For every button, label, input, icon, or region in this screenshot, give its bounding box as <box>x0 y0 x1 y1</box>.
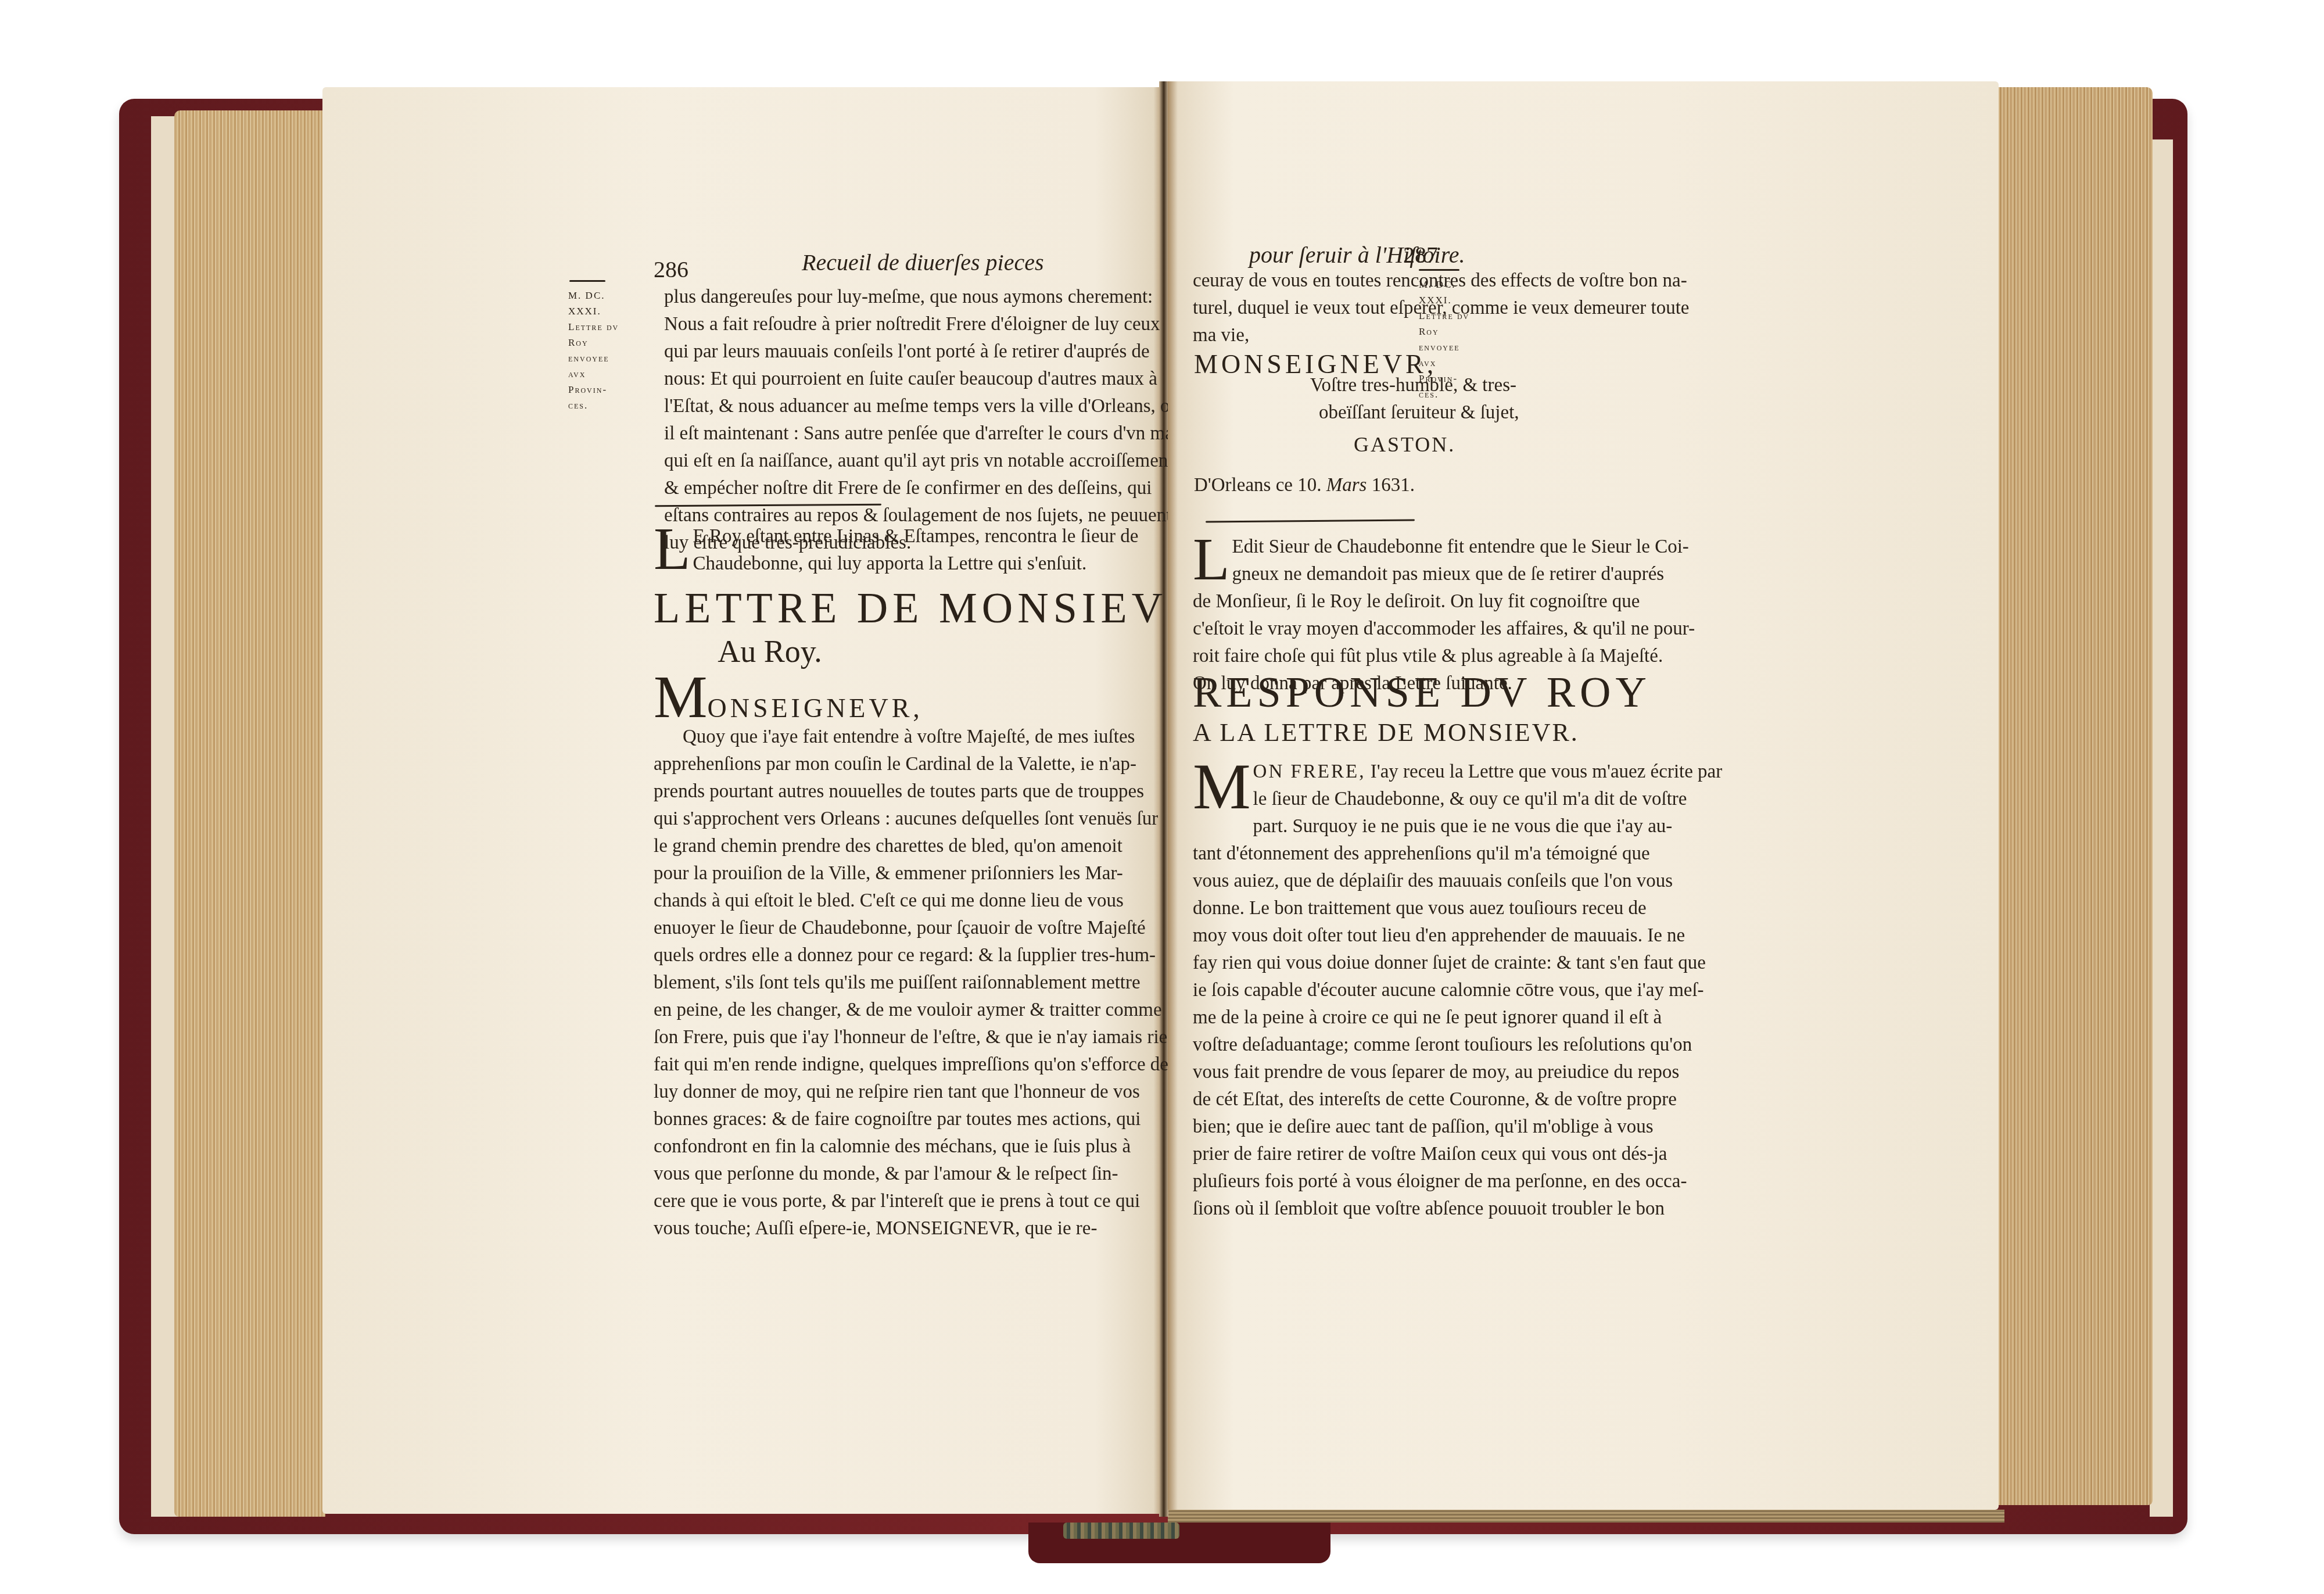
text-line: vous auiez, que de déplaiſir des mauuais… <box>1193 868 1414 895</box>
letter-body: Quoy que i'aye fait entendre à voſtre Ma… <box>654 723 886 1242</box>
letter-salutation: MONSEIGNEVR, <box>654 662 923 732</box>
intro-paragraph: L E Roy eſtant entre Linas & Eſtampes, r… <box>654 523 886 578</box>
margin-rule-left <box>569 280 605 282</box>
text-line: c'eſtoit le vray moyen d'accommoder les … <box>1193 615 1414 643</box>
text-line: ie ſois capable d'écouter aucune calomni… <box>1193 977 1414 1004</box>
text-line: de cét Eſtat, des intereſts de cette Cou… <box>1193 1086 1414 1113</box>
text-line: vous que perſonne du monde, & par l'amou… <box>654 1160 886 1188</box>
gutter <box>1159 81 1168 1517</box>
text-line: plus dangereuſes pour luy-meſme, que nou… <box>664 284 894 311</box>
response-body: M ON FRERE, I'ay receu la Lettre que vou… <box>1193 758 1414 1223</box>
letter-title: LETTRE DE MONSIEVR <box>654 584 886 633</box>
text-line: vous fait prendre de vous ſeparer de moy… <box>1193 1059 1414 1086</box>
response-subtitle: A LA LETTRE DE MONSIEVR. <box>1193 718 1414 747</box>
fore-edge-left <box>174 110 325 1517</box>
text-line: blement, s'ils ſont tels qu'ils me puiſſ… <box>654 969 886 997</box>
response-title: RESPONSE DV ROY <box>1193 668 1414 718</box>
text-line: moy vous doit oſter tout lieu d'en appre… <box>1193 922 1414 950</box>
text-line: en peine, de les changer, & de me vouloi… <box>654 997 886 1024</box>
salutation-initial: M <box>654 664 707 730</box>
signature: GASTON. <box>1354 431 1455 459</box>
text-line: ceuray de vous en toutes rencontres des … <box>1193 267 1414 295</box>
headband <box>1063 1523 1179 1539</box>
drop-cap: M <box>1193 760 1251 814</box>
text-line: tant d'étonnement des apprehenſions qu'i… <box>1193 840 1414 868</box>
text-line: & empécher noſtre dit Frere de ſe confir… <box>664 475 894 502</box>
text-line: chands à qui eſtoit le bled. C'eſt ce qu… <box>654 887 886 915</box>
text-line: il eſt maintenant : Sans autre penſée qu… <box>664 420 894 447</box>
fore-edge-right <box>1996 87 2153 1505</box>
text-line: enuoyer le ſieur de Chaudebonne, pour ſç… <box>654 915 886 942</box>
text-line: ſon Frere, puis que i'ay l'honneur de l'… <box>654 1024 886 1051</box>
text-line: de Monſieur, ſi le Roy le deſiroit. On l… <box>1193 588 1414 615</box>
text-line: qui s'approchent vers Orleans : aucunes … <box>654 805 886 833</box>
text-line: prends pourtant autres nouuelles de tout… <box>654 778 886 805</box>
text-line: cere que ie vous porte, & par l'intereſt… <box>654 1188 886 1215</box>
text-line: voſtre deſaduantage; comme ſeront touſio… <box>1193 1031 1414 1059</box>
drop-cap: L <box>654 524 691 574</box>
text-line: qui eſt en ſa naiſſance, auant qu'il ayt… <box>664 447 894 475</box>
text-line: pour la prouiſion de la Ville, & emmener… <box>654 860 886 887</box>
right-continuation-text: ceuray de vous en toutes rencontres des … <box>1193 267 1414 349</box>
text-line: me de la peine à croire ce qui ne ſe peu… <box>1193 1004 1414 1031</box>
text-line: pluſieurs fois porté à vous éloigner de … <box>1193 1168 1414 1195</box>
text-line: fait qui m'en rende indigne, quelques im… <box>654 1051 886 1079</box>
text-line: roit faire choſe qui fût plus vtile & pl… <box>1193 643 1414 670</box>
text-line: turel, duquel ie veux tout eſperer, comm… <box>1193 295 1414 322</box>
text-line: vous touche; Auſſi eſpere-ie, MONSEIGNEV… <box>654 1215 886 1242</box>
text-line: apprehenſions par mon couſin le Cardinal… <box>654 751 886 778</box>
endpaper-right <box>2150 139 2173 1517</box>
text-line: bien; que ie deſire auec tant de paſſion… <box>1193 1113 1414 1141</box>
text-line: donne. Le bon traittement que vous auez … <box>1193 895 1414 922</box>
text-line: qui par leurs mauuais conſeils l'ont por… <box>664 338 894 366</box>
left-continuation-text: plus dangereuſes pour luy-meſme, que nou… <box>664 284 894 557</box>
page-block-bottom-edge <box>1168 1510 2004 1523</box>
text-line: quels ordres elle a donnez pour ce regar… <box>654 942 886 969</box>
text-line: l'Eſtat, & nous aduancer au meſme temps … <box>664 393 894 420</box>
running-head-left: Recueil de diuerſes pieces <box>802 249 1043 276</box>
drop-cap: L <box>1193 535 1230 585</box>
dateline: D'Orleans ce 10. Mars 1631. <box>1194 472 1415 499</box>
margin-note-left: M. DC. XXXI. Lettre dv Roy envoyee avx P… <box>568 288 621 413</box>
text-line: ſions où il ſembloit que voſtre abſence … <box>1193 1195 1414 1223</box>
text-line: prier de faire retirer de voſtre Maiſon … <box>1193 1141 1414 1168</box>
response-opening: ON FRERE, <box>1253 761 1366 782</box>
text-line: le grand chemin prendre des charettes de… <box>654 833 886 860</box>
page-number-left: 286 <box>654 256 688 283</box>
text-line: fay rien qui vous doiue donner ſujet de … <box>1193 950 1414 977</box>
text-line: luy donner de moy, qui ne reſpire rien t… <box>654 1079 886 1106</box>
text-line: confondront en fin la calomnie des mécha… <box>654 1133 886 1160</box>
text-line: Nous a fait reſoudre à prier noſtredit F… <box>664 311 894 338</box>
text-line: ma vie, <box>1193 322 1414 349</box>
text-line: nous: Et qui pourroient en ſuite cauſer … <box>664 366 894 393</box>
text-line: Quoy que i'aye fait entendre à voſtre Ma… <box>654 723 886 751</box>
page-number-right: 287 <box>1403 241 1438 268</box>
salutation-text: ONSEIGNEVR, <box>707 693 923 723</box>
closing-formula: Voſtre tres-humble, & tres- obeïſſant ſe… <box>1310 372 1519 427</box>
text-line: bonnes graces: & de faire cognoiſtre par… <box>654 1106 886 1133</box>
